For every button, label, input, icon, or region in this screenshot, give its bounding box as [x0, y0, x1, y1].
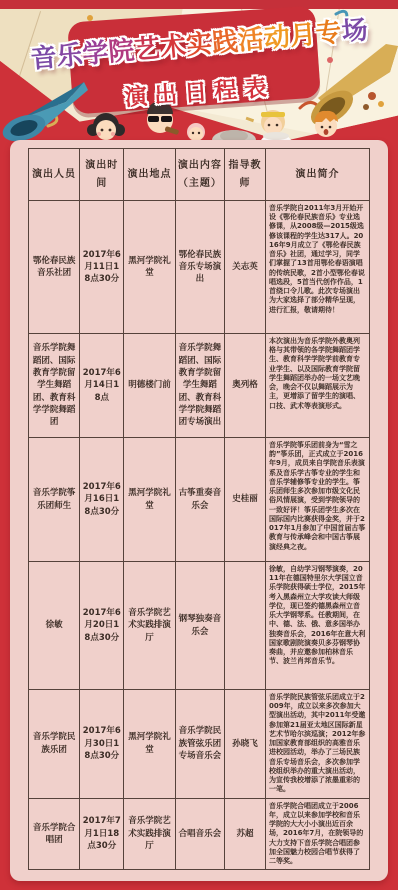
cell-performers: 音乐学院合唱团: [29, 798, 80, 870]
cell-content: 音乐学院舞蹈团、国际教育学院留学生舞蹈团、教育科学学院舞蹈团专场演出: [175, 334, 224, 438]
cell-performers: 音乐学院筝乐团师生: [29, 438, 80, 562]
cell-teacher: 孙晓飞: [225, 690, 266, 799]
table-header-row: 演出人员 演出时间 演出地点 演出内容（主题） 指导教师 演出简介: [29, 149, 370, 201]
header-cell-content: 演出内容（主题）: [175, 149, 224, 201]
cell-performers: 音乐学院民族乐团: [29, 690, 80, 799]
cell-intro: 音乐学院合唱团成立于2006年，成立以来参加学校和音乐学院的大大小小演出近百余场…: [265, 798, 369, 870]
table-row: 音乐学院民族乐团 2017年6月30日18点30分 黑河学院礼堂 音乐学院民族管…: [29, 690, 370, 799]
cell-teacher: 关志英: [225, 201, 266, 334]
cell-location: 黑河学院礼堂: [124, 201, 175, 334]
cell-teacher: [225, 562, 266, 690]
table-row: 音乐学院舞蹈团、国际教育学院留学生舞蹈团、教育科学学院舞蹈团 2017年6月14…: [29, 334, 370, 438]
cell-teacher: 苏超: [225, 798, 266, 870]
header-cell-location: 演出地点: [124, 149, 175, 201]
cell-performers: 鄂伦春民族音乐社团: [29, 201, 80, 334]
table-row: 音乐学院合唱团 2017年7月1日18点30分 音乐学院艺术实践排演厅 合唱音乐…: [29, 798, 370, 870]
cell-time: 2017年6月11日18点30分: [80, 201, 124, 334]
cell-content: 钢琴独奏音乐会: [175, 562, 224, 690]
cell-time: 2017年6月16日18点30分: [80, 438, 124, 562]
cell-content: 鄂伦春民族音乐专场演出: [175, 201, 224, 334]
cell-location: 明德楼门前: [124, 334, 175, 438]
cell-performers: 徐敏: [29, 562, 80, 690]
header-cell-teacher: 指导教师: [225, 149, 266, 201]
cell-content: 音乐学院民族管弦乐团专场音乐会: [175, 690, 224, 799]
top-red-strip: [0, 0, 398, 9]
cell-content: 古筝重奏音乐会: [175, 438, 224, 562]
header-cell-performers: 演出人员: [29, 149, 80, 201]
cell-time: 2017年6月30日18点30分: [80, 690, 124, 799]
cell-location: 音乐学院艺术实践排演厅: [124, 798, 175, 870]
cell-time: 2017年6月20日18点30分: [80, 562, 124, 690]
schedule-table: 演出人员 演出时间 演出地点 演出内容（主题） 指导教师 演出简介 鄂伦春民族音…: [28, 148, 370, 870]
header-cell-intro: 演出简介: [265, 149, 369, 201]
cell-performers: 音乐学院舞蹈团、国际教育学院留学生舞蹈团、教育科学学院舞蹈团: [29, 334, 80, 438]
cell-content: 合唱音乐会: [175, 798, 224, 870]
table-row: 鄂伦春民族音乐社团 2017年6月11日18点30分 黑河学院礼堂 鄂伦春民族音…: [29, 201, 370, 334]
cell-location: 音乐学院艺术实践排演厅: [124, 562, 175, 690]
table-row: 音乐学院筝乐团师生 2017年6月16日18点30分 黑河学院礼堂 古筝重奏音乐…: [29, 438, 370, 562]
poster-page: { "title": { "line1": "音乐学院艺术实践活动月专场", "…: [0, 0, 398, 890]
cell-location: 黑河学院礼堂: [124, 438, 175, 562]
cell-intro: 音乐学院筝乐团前身为“雪之韵”筝乐团，正式成立于2016年9月，成员来自学院音乐…: [265, 438, 369, 562]
cell-time: 2017年7月1日18点30分: [80, 798, 124, 870]
cell-teacher: 奥列格: [225, 334, 266, 438]
cell-teacher: 史桂丽: [225, 438, 266, 562]
cell-time: 2017年6月14日18点: [80, 334, 124, 438]
cell-intro: 徐敏，自幼学习钢琴演奏，2011年在德国特里尔大学国立音乐学院获得硕士学位，20…: [265, 562, 369, 690]
table-row: 徐敏 2017年6月20日18点30分 音乐学院艺术实践排演厅 钢琴独奏音乐会 …: [29, 562, 370, 690]
cell-intro: 音乐学院自2011年3月开始开设《鄂伦春民族音乐》专业选修课，从2008级—20…: [265, 201, 369, 334]
cell-location: 黑河学院礼堂: [124, 690, 175, 799]
cell-intro: 音乐学院民族管弦乐团成立于2009年，成立以来多次参加大型演出活动，其中2011…: [265, 690, 369, 799]
cell-intro: 本次演出为音乐学院外教奥列格与其带领的各学院舞蹈团学生、教育科学学院学前教育专业…: [265, 334, 369, 438]
header-cell-time: 演出时间: [80, 149, 124, 201]
